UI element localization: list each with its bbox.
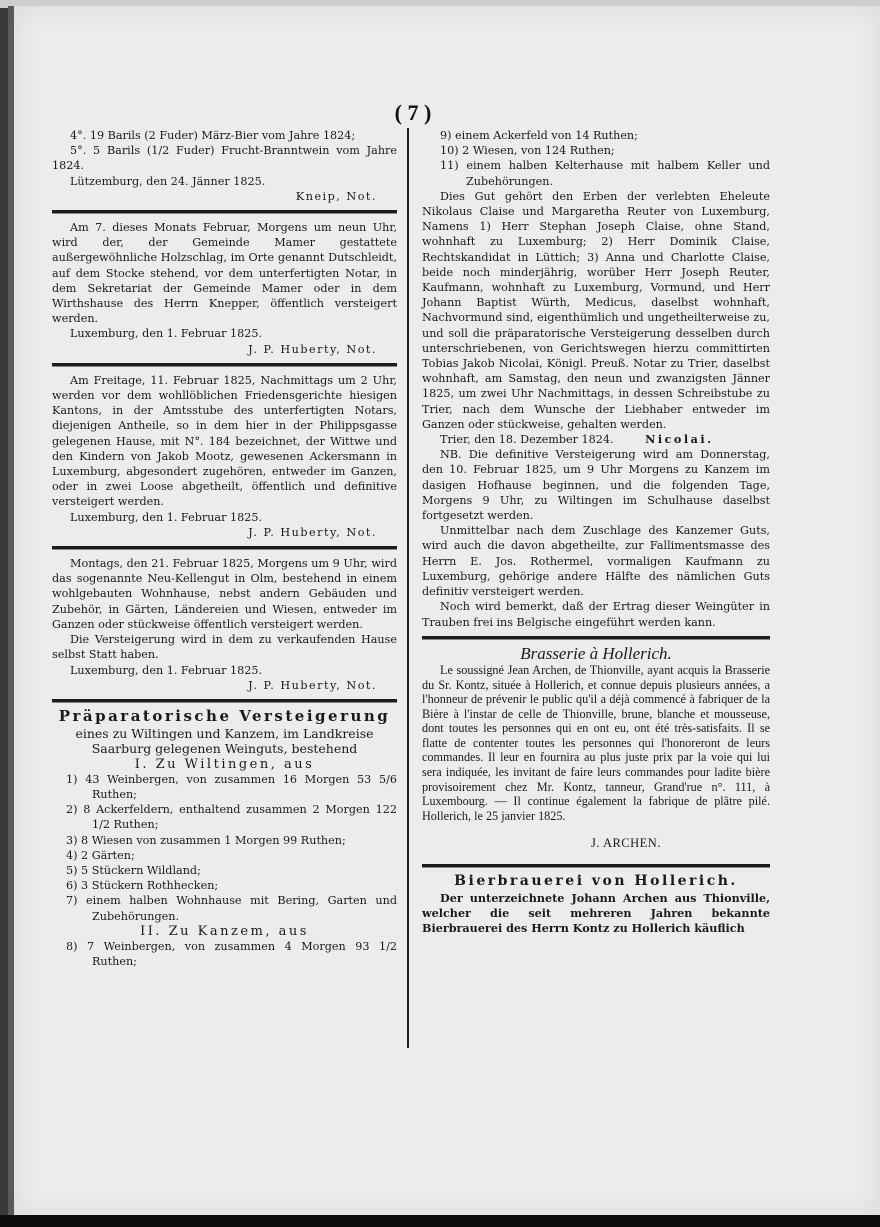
section-rule <box>52 546 397 550</box>
section-rule <box>52 699 397 703</box>
notice-body-2: Die Versteigerung wird in dem zu verkauf… <box>52 632 397 662</box>
notice-wood-auction: Am 7. dieses Monats Februar, Morgens um … <box>52 220 397 357</box>
list-item: 8) 7 Weinbergen, von zusammen 4 Morgen 9… <box>52 939 397 969</box>
notice-house-auction: Am Freitage, 11. Februar 1825, Nachmitta… <box>52 373 397 540</box>
notice-vineyard-auction: Präparatorische Versteigerung eines zu W… <box>52 709 397 969</box>
list-item: 4) 2 Gärten; <box>52 848 397 863</box>
notice-title: Präparatorische Versteigerung <box>52 709 397 724</box>
notice-beer-spirits: 4°. 19 Barils (2 Fuder) März-Bier vom Ja… <box>52 128 397 204</box>
notice-brasserie: Brasserie à Hollerich. Le soussigné Jean… <box>422 646 770 851</box>
list-item: 2) 8 Ackerfeldern, enthaltend zusammen 2… <box>52 802 397 832</box>
signature: J. P. Huberty, Not. <box>52 525 397 540</box>
place-date: Luxemburg, den 1. Februar 1825. <box>52 510 397 525</box>
notice-body: Le soussigné Jean Archen, de Thionville,… <box>422 663 770 824</box>
notice-body: Am 7. dieses Monats Februar, Morgens um … <box>52 220 397 326</box>
nota-bene: NB. Die definitive Versteigerung wird am… <box>422 447 770 523</box>
notice-paragraph: Noch wird bemerkt, daß der Ertrag dieser… <box>422 599 770 629</box>
notice-title: Brasserie à Hollerich. <box>422 646 770 661</box>
page-number: ( 7 ) <box>383 100 443 126</box>
item-line: 5°. 5 Barils (1/2 Fuder) Frucht-Branntwe… <box>52 143 397 173</box>
list-item: 7) einem halben Wohnhause mit Bering, Ga… <box>52 893 397 923</box>
notice-body: Dies Gut gehört den Erben der verlebten … <box>422 189 770 432</box>
notice-vineyard-auction-continued: 9) einem Ackerfeld von 14 Ruthen; 10) 2 … <box>422 128 770 630</box>
section-heading: II. Zu Kanzem, aus <box>52 924 397 939</box>
scan-bottom-edge <box>0 1215 880 1227</box>
item-line: 4°. 19 Barils (2 Fuder) März-Bier vom Ja… <box>52 128 397 143</box>
place-date: Luxemburg, den 1. Februar 1825. <box>52 326 397 341</box>
list-item: 11) einem halben Kelterhause mit halbem … <box>422 158 770 188</box>
section-rule <box>52 363 397 367</box>
signature: J. ARCHEN. <box>422 836 770 851</box>
column-divider <box>407 128 409 1048</box>
list-item: 5) 5 Stückern Wildland; <box>52 863 397 878</box>
notice-bierbrauerei: Bierbrauerei von Hollerich. Der unterzei… <box>422 874 770 937</box>
list-item: 1) 43 Weinbergen, von zusammen 16 Morgen… <box>52 772 397 802</box>
section-rule <box>422 636 770 640</box>
list-item: 3) 8 Wiesen von zusammen 1 Morgen 99 Rut… <box>52 833 397 848</box>
section-rule <box>422 864 770 868</box>
signature: Kneip, Not. <box>52 189 397 204</box>
place-date: Lützemburg, den 24. Jänner 1825. <box>52 174 397 189</box>
notice-body: Montags, den 21. Februar 1825, Morgens u… <box>52 556 397 632</box>
place-date: Luxemburg, den 1. Februar 1825. <box>52 663 397 678</box>
right-column: 9) einem Ackerfeld von 14 Ruthen; 10) 2 … <box>422 128 770 940</box>
left-column: 4°. 19 Barils (2 Fuder) März-Bier vom Ja… <box>52 128 397 973</box>
place-date-signature: Trier, den 18. Dezember 1824. Nicolai. <box>422 432 770 447</box>
list-item: 9) einem Ackerfeld von 14 Ruthen; <box>422 128 770 143</box>
list-item: 10) 2 Wiesen, von 124 Ruthen; <box>422 143 770 158</box>
section-rule <box>52 210 397 214</box>
section-heading: I. Zu Wiltingen, aus <box>52 757 397 772</box>
notice-body: Der unterzeichnete Johann Archen aus Thi… <box>422 891 770 937</box>
signature: Nicolai. <box>645 432 713 446</box>
list-item: 6) 3 Stückern Rothhecken; <box>52 878 397 893</box>
notice-title: Bierbrauerei von Hollerich. <box>422 874 770 889</box>
notice-paragraph: Unmittelbar nach dem Zuschlage des Kanze… <box>422 523 770 599</box>
signature: J. P. Huberty, Not. <box>52 678 397 693</box>
notice-subtitle: eines zu Wiltingen und Kanzem, im Landkr… <box>52 726 397 756</box>
notice-body: Am Freitage, 11. Februar 1825, Nachmitta… <box>52 373 397 510</box>
notice-estate-auction: Montags, den 21. Februar 1825, Morgens u… <box>52 556 397 693</box>
signature: J. P. Huberty, Not. <box>52 342 397 357</box>
place-date: Trier, den 18. Dezember 1824. <box>440 433 614 446</box>
